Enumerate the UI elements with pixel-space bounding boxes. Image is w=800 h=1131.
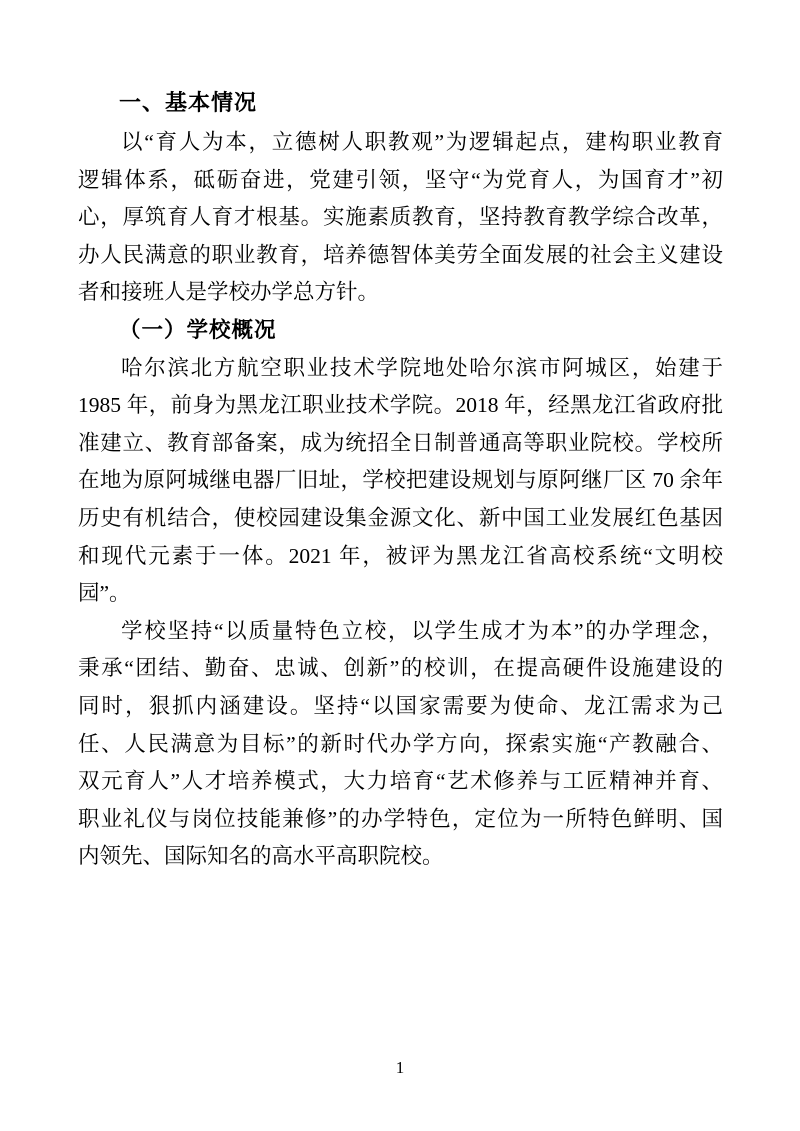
paragraph-school-philosophy: 学校坚持“以质量特色立校，以学生成才为本”的办学理念， 秉承“团结、勤奋、忠诚、… bbox=[78, 613, 723, 876]
text-line: 任、人民满意为目标”的新时代办学方向，探索实施“产教融合、 bbox=[78, 726, 723, 764]
text-line: 者和接班人是学校办学总方针。 bbox=[78, 274, 723, 312]
text-line: 心，厚筑育人育才根基。实施素质教育，坚持教育教学综合改革， bbox=[78, 199, 723, 237]
text-line: 园”。 bbox=[78, 575, 723, 613]
text-line: 1985 年，前身为黑龙江职业技术学院。2018 年，经黑龙江省政府批 bbox=[78, 387, 723, 425]
section-heading: 一、基本情况 bbox=[78, 84, 723, 124]
text-line: 学校坚持“以质量特色立校，以学生成才为本”的办学理念， bbox=[78, 613, 723, 651]
text-line: 内领先、国际知名的高水平高职院校。 bbox=[78, 838, 723, 876]
document-page: 一、基本情况 以“育人为本，立德树人职教观”为逻辑起点，建构职业教育 逻辑体系，… bbox=[0, 0, 800, 1131]
text-line: 逻辑体系，砥砺奋进，党建引领，坚守“为党育人，为国育才”初 bbox=[78, 162, 723, 200]
subsection-heading: （一）学校概况 bbox=[78, 312, 723, 350]
text-line: 办人民满意的职业教育，培养德智体美劳全面发展的社会主义建设 bbox=[78, 237, 723, 275]
text-line: 以“育人为本，立德树人职教观”为逻辑起点，建构职业教育 bbox=[78, 124, 723, 162]
paragraph-intro: 以“育人为本，立德树人职教观”为逻辑起点，建构职业教育 逻辑体系，砥砺奋进，党建… bbox=[78, 124, 723, 312]
text-line: 和现代元素于一体。2021 年，被评为黑龙江省高校系统“文明校 bbox=[78, 538, 723, 576]
text-line: 在地为原阿城继电器厂旧址，学校把建设规划与原阿继厂区 70 余年 bbox=[78, 462, 723, 500]
text-line: 同时，狠抓内涵建设。坚持“以国家需要为使命、龙江需求为己 bbox=[78, 688, 723, 726]
text-line: 哈尔滨北方航空职业技术学院地处哈尔滨市阿城区，始建于 bbox=[78, 350, 723, 388]
text-line: 双元育人”人才培养模式，大力培育“艺术修养与工匠精神并育、 bbox=[78, 763, 723, 801]
text-line: 准建立、教育部备案，成为统招全日制普通高等职业院校。学校所 bbox=[78, 425, 723, 463]
paragraph-school-overview: 哈尔滨北方航空职业技术学院地处哈尔滨市阿城区，始建于 1985 年，前身为黑龙江… bbox=[78, 350, 723, 613]
page-number: 1 bbox=[0, 1057, 800, 1079]
text-line: 秉承“团结、勤奋、忠诚、创新”的校训，在提高硬件设施建设的 bbox=[78, 650, 723, 688]
text-line: 职业礼仪与岗位技能兼修”的办学特色，定位为一所特色鲜明、国 bbox=[78, 801, 723, 839]
document-content: 一、基本情况 以“育人为本，立德树人职教观”为逻辑起点，建构职业教育 逻辑体系，… bbox=[78, 84, 723, 876]
text-line: 历史有机结合，使校园建设集金源文化、新中国工业发展红色基因 bbox=[78, 500, 723, 538]
